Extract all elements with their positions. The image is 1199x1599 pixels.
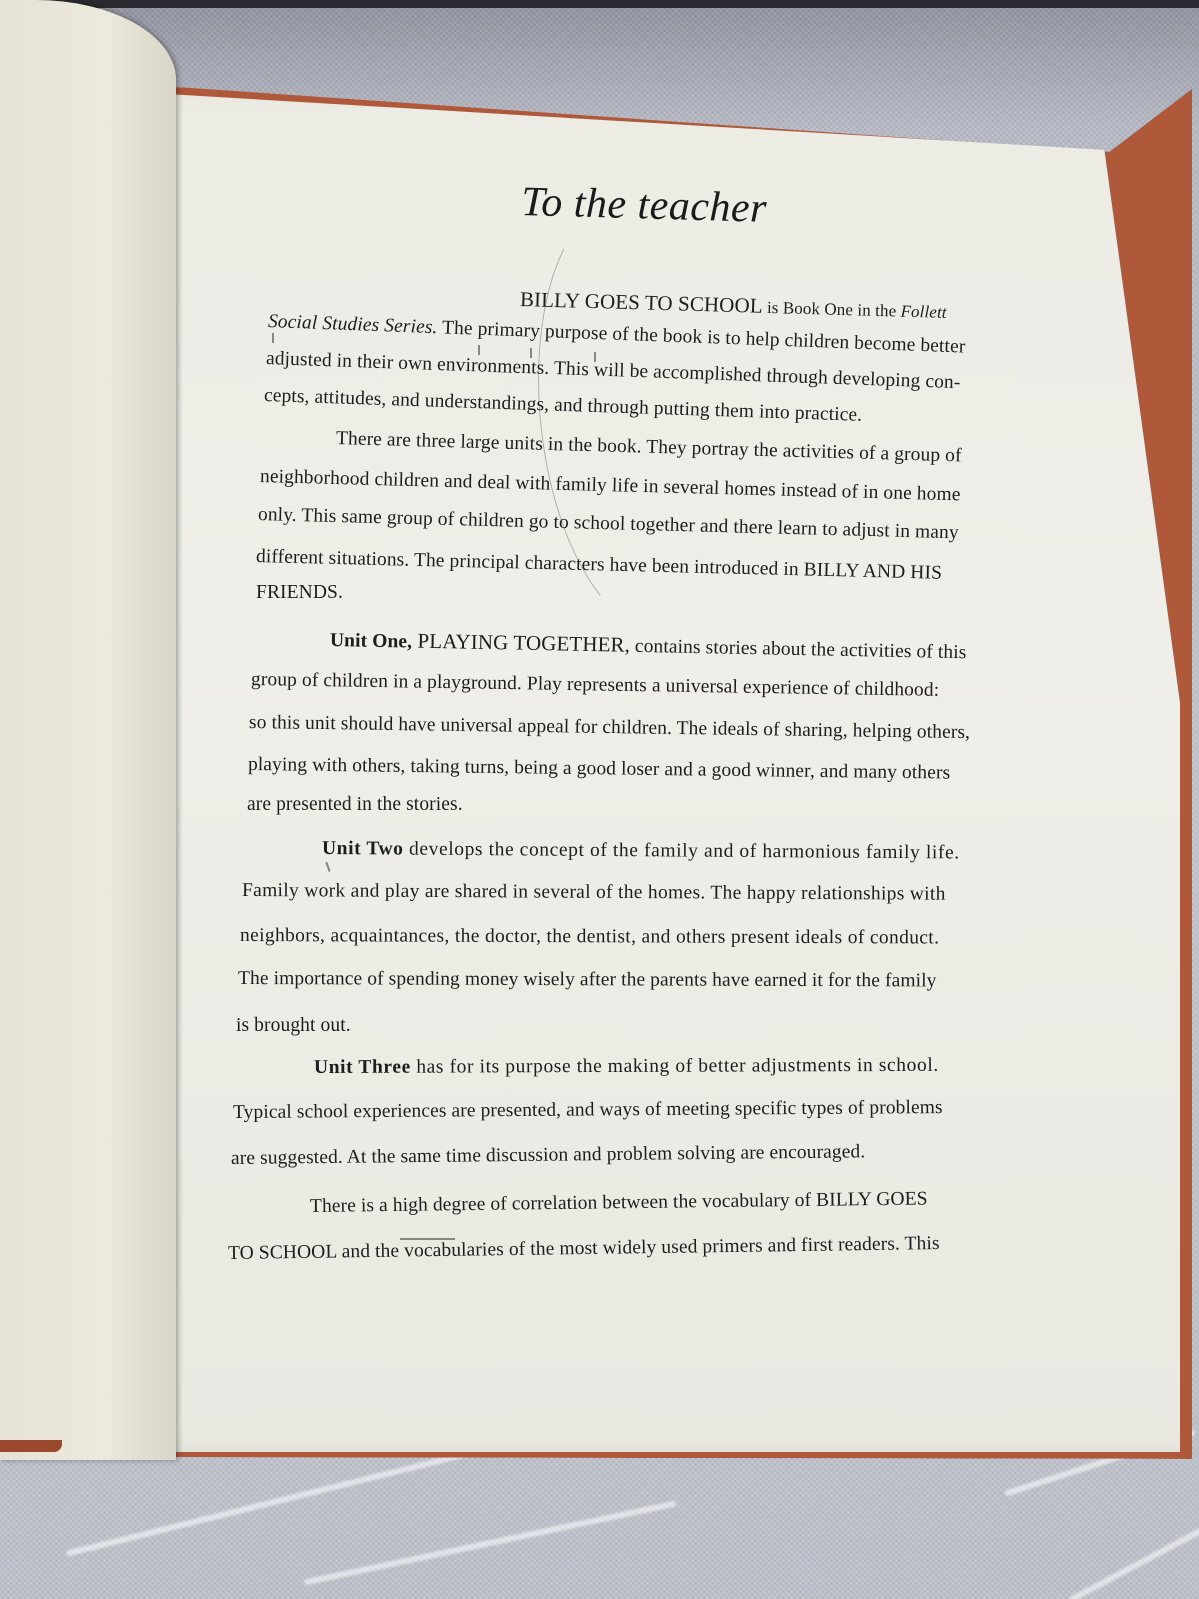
page-text: To the teacher BILLY GOES TO SCHOOL is B… xyxy=(0,0,1199,1599)
page-heading: To the teacher xyxy=(521,178,768,233)
text-line: so this unit should have universal appea… xyxy=(249,712,970,744)
text-line: The importance of spending money wisely … xyxy=(238,968,937,992)
pencil-mark xyxy=(272,333,274,343)
text-line: There are three large units in the book.… xyxy=(336,428,962,467)
text-line: cepts, attitudes, and understandings, an… xyxy=(264,385,863,427)
text-line: are suggested. At the same time discussi… xyxy=(231,1141,866,1170)
text-line: Family work and play are shared in sever… xyxy=(242,880,946,906)
text-line: group of children in a playground. Play … xyxy=(251,669,940,702)
text-line: adjusted in their own environments. This… xyxy=(266,348,961,394)
pencil-mark xyxy=(594,352,596,362)
pencil-mark xyxy=(530,348,532,358)
text-line: There is a high degree of correlation be… xyxy=(310,1188,928,1218)
text-line: Unit One, PLAYING TOGETHER, contains sto… xyxy=(330,627,967,664)
pencil-mark xyxy=(325,862,330,872)
text-line: TO SCHOOL and the vocabularies of the mo… xyxy=(228,1233,940,1265)
text-line: neighborhood children and deal with fami… xyxy=(260,466,961,506)
pencil-mark xyxy=(478,345,480,355)
text-line: are presented in the stories. xyxy=(247,794,463,816)
text-line: playing with others, taking turns, being… xyxy=(248,754,951,785)
text-line: Unit Two develops the concept of the fam… xyxy=(322,838,960,864)
text-line: different situations. The principal char… xyxy=(256,546,943,585)
text-line: neighbors, acquaintances, the doctor, th… xyxy=(240,925,939,949)
text-line: FRIENDS. xyxy=(256,582,343,604)
text-line: only. This same group of children go to … xyxy=(258,504,959,544)
text-line: Unit Three has for its purpose the makin… xyxy=(314,1055,939,1079)
pencil-mark xyxy=(400,1238,455,1240)
text-line: Typical school experiences are presented… xyxy=(233,1097,943,1124)
text-line: is brought out. xyxy=(236,1015,351,1037)
text-line: BILLY GOES TO SCHOOL is Book One in the … xyxy=(520,287,947,324)
